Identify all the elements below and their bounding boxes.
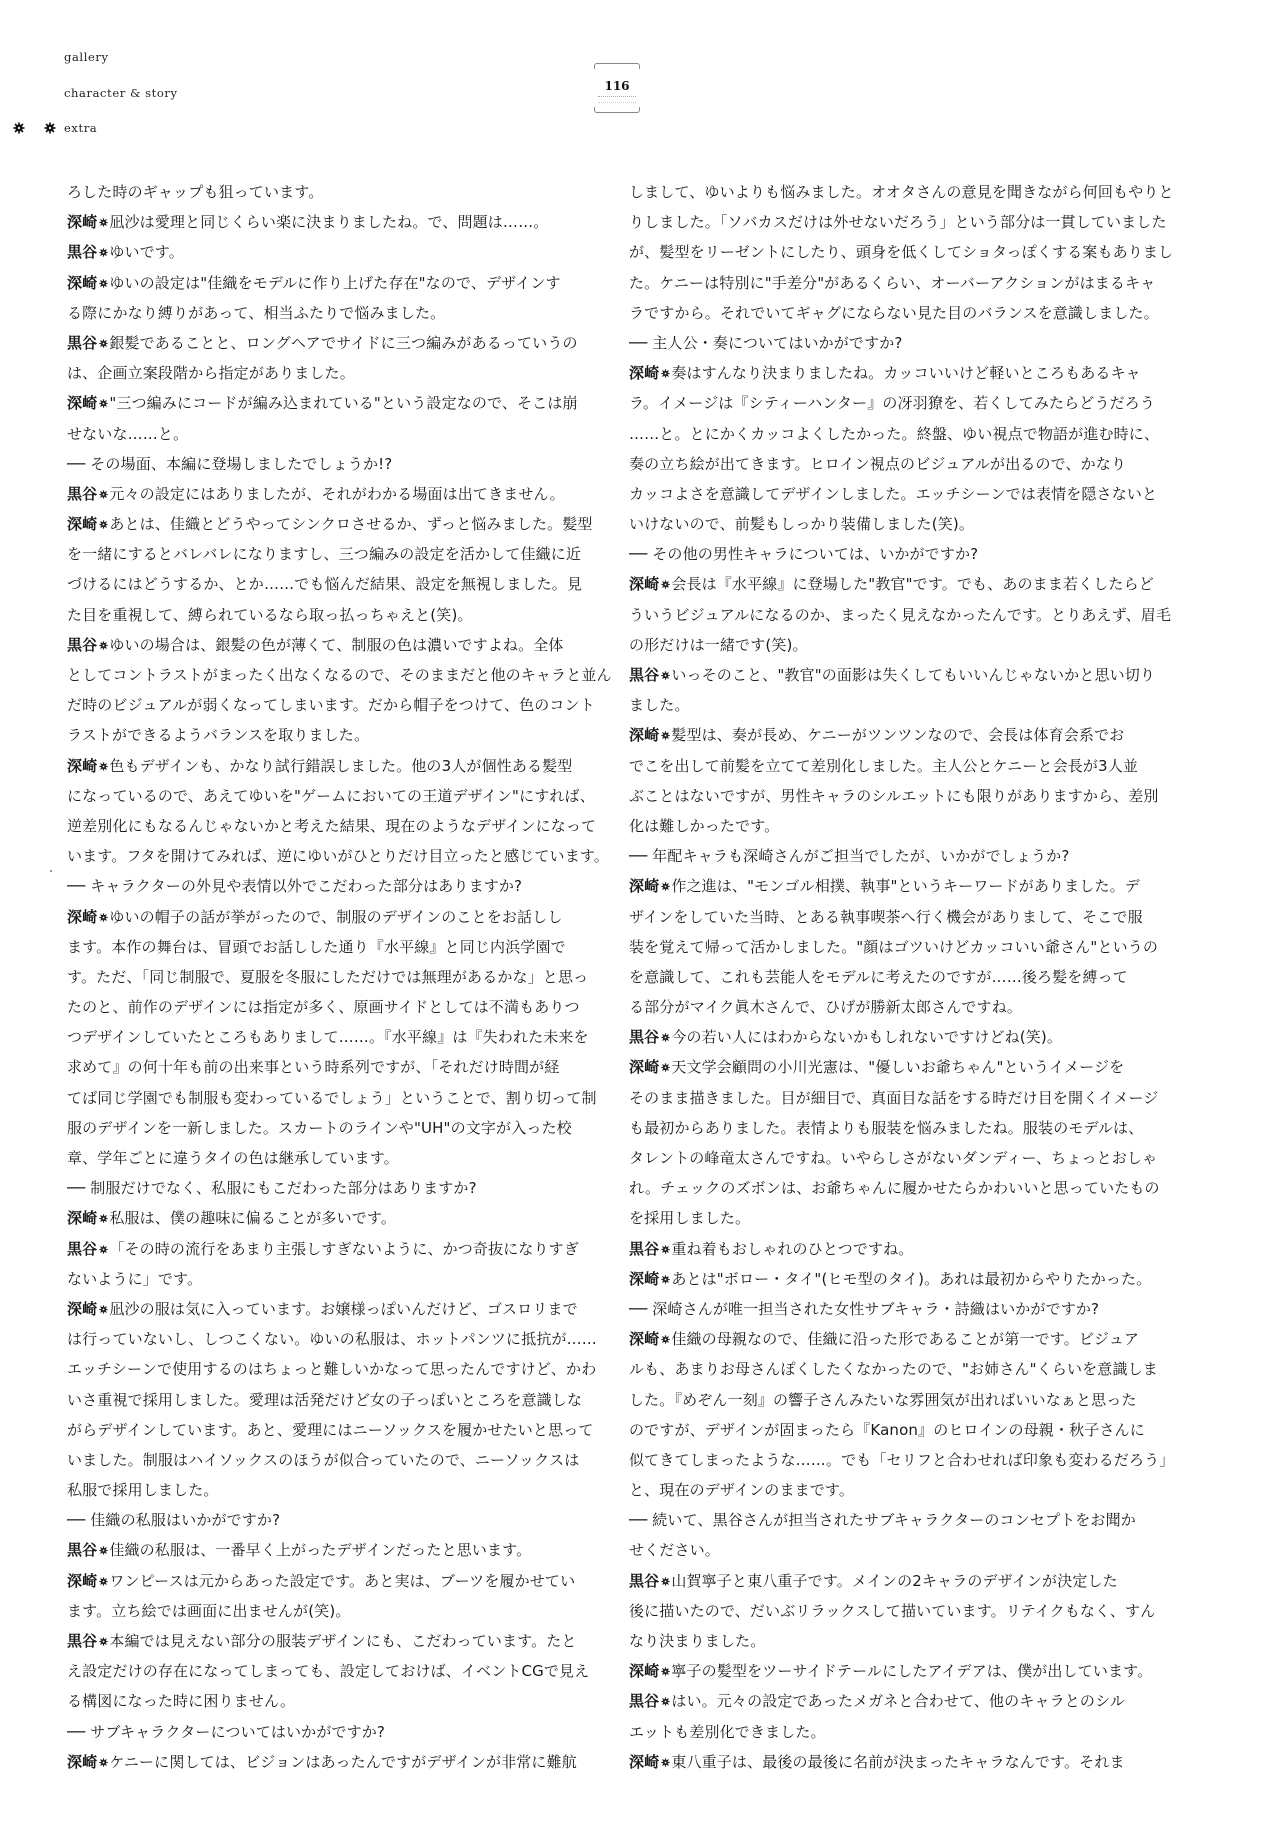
line-text: ゆいの設定は"佳織をモデルに作り上げた存在"なので、デザインす <box>109 274 560 292</box>
line-text: エッチシーンで使用するのはちょっと難しいかなって思ったんですけど、かわ <box>67 1360 596 1378</box>
line-text: のですが、デザインが固まったら『Kanon』のヒロインの母親・秋子さんに <box>629 1421 1145 1439</box>
line-text: 本編では見えない部分の服装デザインにも、こだわっています。たと <box>109 1632 576 1650</box>
line-text: ラ。イメージは『シティーハンター』の冴羽獠を、若くしてみたらどうだろう <box>629 394 1155 412</box>
line-text: 求めて』の何十年も前の出来事という時系列ですが、「それだけ時間が経 <box>67 1058 559 1076</box>
speaker-name: 黒谷 <box>67 1240 97 1258</box>
speaker-name: 深崎 <box>67 1572 97 1590</box>
text-line: 深崎凪沙の服は気に入っています。お嬢様っぽいんだけど、ゴスロリまで <box>67 1294 647 1324</box>
line-text: を採用しました。 <box>629 1209 750 1227</box>
text-line: は行っていないし、しつこくない。ゆいの私服は、ホットパンツに抵抗が…… <box>67 1324 647 1354</box>
line-text: ろした時のギャップも狙っています。 <box>67 183 323 201</box>
speaker-separator-icon <box>661 1697 670 1706</box>
text-line: としてコントラストがまったく出なくなるので、そのままだと他のキャラと並ん <box>67 660 647 690</box>
text-line: 黒谷「その時の流行をあまり主張しすぎないように、かつ奇抜になりすぎ <box>67 1234 647 1264</box>
speaker-name: 深崎 <box>629 1753 659 1771</box>
line-text: を意識して、これも芸能人をモデルに考えたのですが……後ろ髪を縛って <box>629 968 1128 986</box>
line-text: た目を重視して、縛られているなら取っ払っちゃえと(笑)。 <box>67 606 473 624</box>
text-line: エットも差別化できました。 <box>629 1717 1209 1747</box>
line-text: 佳織の私服は、一番早く上がったデザインだったと思います。 <box>109 1541 531 1559</box>
text-line: になっているので、あえてゆいを"ゲームにおいての王道デザイン"にすれば、 <box>67 781 647 811</box>
text-line: ラですから。それでいてギャグにならない見た目のバランスを意識しました。 <box>629 298 1209 328</box>
line-text: なり決まりました。 <box>629 1632 765 1650</box>
speaker-name: 黒谷 <box>629 666 659 684</box>
page-number-box: 116 <box>594 63 640 113</box>
line-text: ケニーに関しては、ビジョンはあったんですがデザインが非常に難航 <box>109 1753 577 1771</box>
line-text: としてコントラストがまったく出なくなるので、そのままだと他のキャラと並ん <box>67 666 612 684</box>
speaker-name: 黒谷 <box>67 485 97 503</box>
text-line: なり決まりました。 <box>629 1626 1209 1656</box>
line-text: いけないので、前髪もしっかり装備しました(笑)。 <box>629 515 974 533</box>
line-text: ── キャラクターの外見や表情以外でこだわった部分はありますか? <box>67 877 522 895</box>
line-text: の形だけは一緒です(笑)。 <box>629 636 808 654</box>
line-text: たのと、前作のデザインには指定が多く、原画サイドとしては不満もありつ <box>67 998 580 1016</box>
text-line: ── サブキャラクターについてはいかがですか? <box>67 1717 647 1747</box>
line-text: ういうビジュアルになるのか、まったく見えなかったんです。とりあえず、眉毛 <box>629 606 1171 624</box>
text-line: 深崎東八重子は、最後の最後に名前が決まったキャラなんです。それま <box>629 1747 1209 1777</box>
line-text: ないように」です。 <box>67 1270 202 1288</box>
speaker-name: 黒谷 <box>67 1632 97 1650</box>
text-line: 黒谷山賀寧子と東八重子です。メインの2キャラのデザインが決定した <box>629 1566 1209 1596</box>
text-line: を採用しました。 <box>629 1203 1209 1233</box>
line-text: 私服は、僕の趣味に偏ることが多いです。 <box>109 1209 396 1227</box>
text-line: 深崎"三つ編みにコードが編み込まれている"という設定なので、そこは崩 <box>67 388 647 418</box>
text-line: 章、学年ごとに違うタイの色は継承しています。 <box>67 1143 647 1173</box>
text-line: ザインをしていた当時、とある執事喫茶へ行く機会がありまして、そこで服 <box>629 902 1209 932</box>
speaker-separator-icon <box>99 913 108 922</box>
text-line: え設定だけの存在になってしまっても、設定しておけば、イベントCGで見え <box>67 1656 647 1686</box>
speaker-name: 深崎 <box>67 757 97 775</box>
speaker-separator-icon <box>99 1577 108 1586</box>
page-number: 116 <box>594 79 640 93</box>
text-line: ── その場面、本編に登場しましたでしょうか!? <box>67 449 647 479</box>
line-text: 章、学年ごとに違うタイの色は継承しています。 <box>67 1149 399 1167</box>
text-line: ます。本作の舞台は、冒頭でお話しした通り『水平線』と同じ内浜学園で <box>67 932 647 962</box>
text-line: した。『めぞん一刻』の響子さんみたいな雰囲気が出ればいいなぁと思った <box>629 1385 1209 1415</box>
speaker-name: 黒谷 <box>67 1541 97 1559</box>
line-text: え設定だけの存在になってしまっても、設定しておけば、イベントCGで見え <box>67 1662 589 1680</box>
text-line: 深崎天文学会顧問の小川光憲は、"優しいお爺ちゃん"というイメージを <box>629 1052 1209 1082</box>
line-text: も最初からありました。表情よりも服装を悩みましたね。服装のモデルは、 <box>629 1119 1143 1137</box>
line-text: そのまま描きました。目が細目で、真面目な話をする時だけ目を開くイメージ <box>629 1089 1159 1107</box>
gear-bullet-icon <box>13 122 25 134</box>
text-line: 装を覚えて帰って活かしました。"顔はゴツいけどカッコいい爺さん"というの <box>629 932 1209 962</box>
line-text: ── 制服だけでなく、私服にもこだわった部分はありますか? <box>67 1179 477 1197</box>
line-text: 今の若い人にはわからないかもしれないですけどね(笑)。 <box>671 1028 1062 1046</box>
text-line: ラ。イメージは『シティーハンター』の冴羽獠を、若くしてみたらどうだろう <box>629 388 1209 418</box>
line-text: ゆいの帽子の話が挙がったので、制服のデザインのことをお話しし <box>109 908 562 926</box>
text-line: す。ただ、「同じ制服で、夏服を冬服にしただけでは無理があるかな」と思っ <box>67 962 647 992</box>
speaker-separator-icon <box>661 731 670 740</box>
line-text: ラストができるようバランスを取りました。 <box>67 726 369 744</box>
line-text: せないな……と。 <box>67 425 188 443</box>
text-line: 黒谷ゆいの場合は、銀髪の色が薄くて、制服の色は濃いですよね。全体 <box>67 630 647 660</box>
line-text: す。ただ、「同じ制服で、夏服を冬服にしただけでは無理があるかな」と思っ <box>67 968 588 986</box>
speaker-separator-icon <box>661 1033 670 1042</box>
line-text: ── サブキャラクターについてはいかがですか? <box>67 1723 385 1741</box>
line-text: しまして、ゆいよりも悩みました。オオタさんの意見を聞きながら何回もやりと <box>629 183 1174 201</box>
line-text: 私服で採用しました。 <box>67 1481 219 1499</box>
line-text: した。『めぞん一刻』の響子さんみたいな雰囲気が出ればいいなぁと思った <box>629 1391 1137 1409</box>
text-line: と、現在のデザインのままです。 <box>629 1475 1209 1505</box>
speaker-name: 深崎 <box>629 575 659 593</box>
speaker-separator-icon <box>661 1063 670 1072</box>
speaker-separator-icon <box>99 490 108 499</box>
speaker-name: 深崎 <box>67 394 97 412</box>
speaker-name: 深崎 <box>629 726 659 744</box>
text-line: います。フタを開けてみれば、逆にゆいがひとりだけ目立ったと感じています。 <box>67 841 647 871</box>
line-text: 髪型は、奏が長め、ケニーがツンツンなので、会長は体育会系でお <box>671 726 1124 744</box>
line-text: 似てきてしまったような……。でも「セリフと合わせれば印象も変わるだろう」 <box>629 1451 1174 1469</box>
text-line: 深崎ゆいの設定は"佳織をモデルに作り上げた存在"なので、デザインす <box>67 268 647 298</box>
line-text: を一緒にするとバレバレになりますし、三つ編みの設定を活かして佳織に近 <box>67 545 581 563</box>
text-line: ── 制服だけでなく、私服にもこだわった部分はありますか? <box>67 1173 647 1203</box>
speaker-separator-icon <box>99 218 108 227</box>
speaker-separator-icon <box>99 1546 108 1555</box>
nav-item-character-story[interactable]: character & story <box>64 86 178 100</box>
text-line: 黒谷ゆいです。 <box>67 237 647 267</box>
speaker-name: 深崎 <box>629 877 659 895</box>
nav-item-gallery[interactable]: gallery <box>64 50 109 64</box>
text-line: を意識して、これも芸能人をモデルに考えたのですが……後ろ髪を縛って <box>629 962 1209 992</box>
speaker-separator-icon <box>99 399 108 408</box>
text-line: は、企画立案段階から指定がありました。 <box>67 358 647 388</box>
text-line: 逆差別化にもなるんじゃないかと考えた結果、現在のようなデザインになって <box>67 811 647 841</box>
line-text: 重ね着もおしゃれのひとつですね。 <box>671 1240 913 1258</box>
line-text: りしました。「ソバカスだけは外せないだろう」という部分は一貫していました <box>629 213 1167 231</box>
text-line: ── 佳織の私服はいかがですか? <box>67 1505 647 1535</box>
text-line: づけるにはどうするか、とか……でも悩んだ結果、設定を無視しました。見 <box>67 569 647 599</box>
speaker-name: 黒谷 <box>629 1692 659 1710</box>
line-text: 服のデザインを一新しました。スカートのラインや"UH"の文字が入った校 <box>67 1119 572 1137</box>
text-line: 深崎会長は『水平線』に登場した"教官"です。でも、あのまま若くしたらど <box>629 569 1209 599</box>
speaker-name: 深崎 <box>67 1753 97 1771</box>
line-text: カッコよさを意識してデザインしました。エッチシーンでは表情を隠さないと <box>629 485 1157 503</box>
text-line: てば同じ学園でも制服も変わっているでしょう」ということで、割り切って制 <box>67 1083 647 1113</box>
text-line: いさ重視で採用しました。愛理は活発だけど女の子っぽいところを意識しな <box>67 1385 647 1415</box>
text-line: 黒谷銀髪であることと、ロングヘアでサイドに三つ編みがあるっていうの <box>67 328 647 358</box>
text-line: 似てきてしまったような……。でも「セリフと合わせれば印象も変わるだろう」 <box>629 1445 1209 1475</box>
line-text: あとは"ボロー・タイ"(ヒモ型のタイ)。あれは最初からやりたかった。 <box>671 1270 1151 1288</box>
speaker-separator-icon <box>661 580 670 589</box>
text-line: も最初からありました。表情よりも服装を悩みましたね。服装のモデルは、 <box>629 1113 1209 1143</box>
text-line: 深崎寧子の髪型をツーサイドテールにしたアイデアは、僕が出しています。 <box>629 1656 1209 1686</box>
text-line: 黒谷今の若い人にはわからないかもしれないですけどね(笑)。 <box>629 1022 1209 1052</box>
line-text: ……と。とにかくカッコよくしたかった。終盤、ゆい視点で物語が進む時に、 <box>629 425 1159 443</box>
speaker-name: 深崎 <box>67 908 97 926</box>
line-text: てば同じ学園でも制服も変わっているでしょう」ということで、割り切って制 <box>67 1089 597 1107</box>
text-line: 深崎佳織の母親なので、佳織に沿った形であることが第一です。ビジュア <box>629 1324 1209 1354</box>
line-text: ルも、あまりお母さんぽくしたくなかったので、"お姉さん"くらいを意識しま <box>629 1360 1158 1378</box>
text-line: ── 深崎さんが唯一担当された女性サブキャラ・詩織はいかがですか? <box>629 1294 1209 1324</box>
line-text: せください。 <box>629 1541 720 1559</box>
text-line: 化は難しかったです。 <box>629 811 1209 841</box>
text-line: がらデザインしています。あと、愛理にはニーソックスを履かせたいと思って <box>67 1415 647 1445</box>
line-text: づけるにはどうするか、とか……でも悩んだ結果、設定を無視しました。見 <box>67 575 582 593</box>
speaker-separator-icon <box>661 1758 670 1767</box>
speaker-separator-icon <box>661 671 670 680</box>
line-text: 山賀寧子と東八重子です。メインの2キャラのデザインが決定した <box>671 1572 1118 1590</box>
speaker-separator-icon <box>661 882 670 891</box>
text-line: エッチシーンで使用するのはちょっと難しいかなって思ったんですけど、かわ <box>67 1354 647 1384</box>
text-line: しまして、ゆいよりも悩みました。オオタさんの意見を聞きながら何回もやりと <box>629 177 1209 207</box>
text-line: タレントの峰竜太さんですね。いやらしさがないダンディー、ちょっとおしゃ <box>629 1143 1209 1173</box>
text-line: 深崎ワンピースは元からあった設定です。あと実は、ブーツを履かせてい <box>67 1566 647 1596</box>
line-text: ぶことはないですが、男性キャラのシルエットにも限りがありますから、差別 <box>629 787 1159 805</box>
line-text: 色もデザインも、かなり試行錯誤しました。他の3人が個性ある髪型 <box>109 757 572 775</box>
text-line: ました。 <box>629 690 1209 720</box>
speaker-name: 深崎 <box>629 1058 659 1076</box>
speaker-separator-icon <box>99 1245 108 1254</box>
text-line: つデザインしていたところもありまして……。『水平線』は『失われた未来を <box>67 1022 647 1052</box>
speaker-separator-icon <box>661 1577 670 1586</box>
line-text: がらデザインしています。あと、愛理にはニーソックスを履かせたいと思って <box>67 1421 594 1439</box>
line-text: 会長は『水平線』に登場した"教官"です。でも、あのまま若くしたらど <box>671 575 1154 593</box>
line-text: はい。元々の設定であったメガネと合わせて、他のキャラとのシル <box>671 1692 1125 1710</box>
line-text: ── その他の男性キャラについては、いかがですか? <box>629 545 978 563</box>
speaker-name: 深崎 <box>67 1300 97 1318</box>
text-line: ないように」です。 <box>67 1264 647 1294</box>
line-text: た。ケニーは特別に"手差分"があるくらい、オーバーアクションがはまるキャ <box>629 274 1155 292</box>
line-text: でこを出して前髪を立てて差別化しました。主人公とケニーと会長が3人並 <box>629 757 1138 775</box>
speaker-name: 黒谷 <box>67 334 97 352</box>
line-text: いっそのこと、"教官"の面影は失くしてもいいんじゃないかと思い切り <box>671 666 1155 684</box>
text-line: いけないので、前髪もしっかり装備しました(笑)。 <box>629 509 1209 539</box>
text-line: そのまま描きました。目が細目で、真面目な話をする時だけ目を開くイメージ <box>629 1083 1209 1113</box>
text-line: 奏の立ち絵が出てきます。ヒロイン視点のビジュアルが出るので、かなり <box>629 449 1209 479</box>
line-text: る際にかなり縛りがあって、相当ふたりで悩みました。 <box>67 304 445 322</box>
scan-speck <box>50 870 52 872</box>
text-line: のですが、デザインが固まったら『Kanon』のヒロインの母親・秋子さんに <box>629 1415 1209 1445</box>
line-text: ます。立ち絵では画面に出ませんが(笑)。 <box>67 1602 351 1620</box>
line-text: と、現在のデザインのままです。 <box>629 1481 854 1499</box>
text-line: る部分がマイク眞木さんで、ひげが勝新太郎さんですね。 <box>629 992 1209 1022</box>
line-text: 後に描いたので、だいぶリラックスして描いています。リテイクもなく、すん <box>629 1602 1155 1620</box>
line-text: 逆差別化にもなるんじゃないかと考えた結果、現在のようなデザインになって <box>67 817 596 835</box>
text-line: 深崎あとは"ボロー・タイ"(ヒモ型のタイ)。あれは最初からやりたかった。 <box>629 1264 1209 1294</box>
text-line: 深崎あとは、佳織とどうやってシンクロさせるか、ずっと悩みました。髪型 <box>67 509 647 539</box>
line-text: 奏の立ち絵が出てきます。ヒロイン視点のビジュアルが出るので、かなり <box>629 455 1126 473</box>
speaker-separator-icon <box>661 369 670 378</box>
text-line: の形だけは一緒です(笑)。 <box>629 630 1209 660</box>
speaker-name: 深崎 <box>67 213 97 231</box>
line-text: "三つ編みにコードが編み込まれている"という設定なので、そこは崩 <box>109 394 577 412</box>
line-text: ── 佳織の私服はいかがですか? <box>67 1511 280 1529</box>
line-text: る部分がマイク眞木さんで、ひげが勝新太郎さんですね。 <box>629 998 1022 1016</box>
text-line: る際にかなり縛りがあって、相当ふたりで悩みました。 <box>67 298 647 328</box>
line-text: 作之進は、"モンゴル相撲、執事"というキーワードがありました。デ <box>671 877 1140 895</box>
text-line: が、髪型をリーゼントにしたり、頭身を低くしてショタっぽくする案もありまし <box>629 237 1209 267</box>
line-text: エットも差別化できました。 <box>629 1723 826 1741</box>
line-text: ゆいの場合は、銀髪の色が薄くて、制服の色は濃いですよね。全体 <box>109 636 563 654</box>
text-line: ── キャラクターの外見や表情以外でこだわった部分はありますか? <box>67 871 647 901</box>
text-line: 深崎髪型は、奏が長め、ケニーがツンツンなので、会長は体育会系でお <box>629 720 1209 750</box>
line-text: 佳織の母親なので、佳織に沿った形であることが第一です。ビジュア <box>671 1330 1139 1348</box>
line-text: ザインをしていた当時、とある執事喫茶へ行く機会がありまして、そこで服 <box>629 908 1143 926</box>
speaker-separator-icon <box>99 1214 108 1223</box>
line-text: いました。制服はハイソックスのほうが似合っていたので、ニーソックスは <box>67 1451 579 1469</box>
line-text: ── 主人公・奏についてはいかがですか? <box>629 334 903 352</box>
speaker-name: 深崎 <box>629 1662 659 1680</box>
speaker-name: 深崎 <box>67 1209 97 1227</box>
speaker-separator-icon <box>661 1245 670 1254</box>
speaker-name: 深崎 <box>629 1330 659 1348</box>
line-text: ── 深崎さんが唯一担当された女性サブキャラ・詩織はいかがですか? <box>629 1300 1099 1318</box>
text-line: た目を重視して、縛られているなら取っ払っちゃえと(笑)。 <box>67 600 647 630</box>
left-text-column: ろした時のギャップも狙っています。深崎凪沙は愛理と同じくらい楽に決まりましたね。… <box>67 177 647 1777</box>
line-text: いさ重視で採用しました。愛理は活発だけど女の子っぽいところを意識しな <box>67 1391 582 1409</box>
speaker-separator-icon <box>99 248 108 257</box>
speaker-separator-icon <box>99 1637 108 1646</box>
text-line: 黒谷本編では見えない部分の服装デザインにも、こだわっています。たと <box>67 1626 647 1656</box>
line-text: になっているので、あえてゆいを"ゲームにおいての王道デザイン"にすれば、 <box>67 787 595 805</box>
text-line: たのと、前作のデザインには指定が多く、原画サイドとしては不満もありつ <box>67 992 647 1022</box>
line-text: は行っていないし、しつこくない。ゆいの私服は、ホットパンツに抵抗が…… <box>67 1330 597 1348</box>
line-text: ワンピースは元からあった設定です。あと実は、ブーツを履かせてい <box>109 1572 575 1590</box>
text-line: 後に描いたので、だいぶリラックスして描いています。リテイクもなく、すん <box>629 1596 1209 1626</box>
line-text: 装を覚えて帰って活かしました。"顔はゴツいけどカッコいい爺さん"というの <box>629 938 1158 956</box>
line-text: る構図になった時に困りません。 <box>67 1692 295 1710</box>
line-text: ます。本作の舞台は、冒頭でお話しした通り『水平線』と同じ内浜学園で <box>67 938 566 956</box>
speaker-separator-icon <box>661 1667 670 1676</box>
line-text: ── その場面、本編に登場しましたでしょうか!? <box>67 455 392 473</box>
line-text: ゆいです。 <box>109 243 184 261</box>
text-line: 服のデザインを一新しました。スカートのラインや"UH"の文字が入った校 <box>67 1113 647 1143</box>
line-text: れ。チェックのズボンは、お爺ちゃんに履かせたらかわいいと思っていたもの <box>629 1179 1160 1197</box>
speaker-name: 深崎 <box>67 274 97 292</box>
line-text: います。フタを開けてみれば、逆にゆいがひとりだけ目立ったと感じています。 <box>67 847 609 865</box>
line-text: は、企画立案段階から指定がありました。 <box>67 364 355 382</box>
line-text: ました。 <box>629 696 690 714</box>
bracket-top <box>594 63 640 69</box>
text-line: カッコよさを意識してデザインしました。エッチシーンでは表情を隠さないと <box>629 479 1209 509</box>
text-line: 求めて』の何十年も前の出来事という時系列ですが、「それだけ時間が経 <box>67 1052 647 1082</box>
line-text: 化は難しかったです。 <box>629 817 779 835</box>
right-text-column: しまして、ゆいよりも悩みました。オオタさんの意見を聞きながら何回もやりとりしまし… <box>629 177 1209 1777</box>
line-text: 元々の設定にはありましたが、それがわかる場面は出てきません。 <box>109 485 564 503</box>
text-line: りしました。「ソバカスだけは外せないだろう」という部分は一貫していました <box>629 207 1209 237</box>
line-text: 奏はすんなり決まりましたね。カッコいいけど軽いところもあるキャ <box>671 364 1141 382</box>
line-text: 寧子の髪型をツーサイドテールにしたアイデアは、僕が出しています。 <box>671 1662 1152 1680</box>
text-line: 深崎色もデザインも、かなり試行錯誤しました。他の3人が個性ある髪型 <box>67 751 647 781</box>
speaker-name: 黒谷 <box>629 1028 659 1046</box>
line-text: あとは、佳織とどうやってシンクロさせるか、ずっと悩みました。髪型 <box>109 515 592 533</box>
text-line: 深崎凪沙は愛理と同じくらい楽に決まりましたね。で、問題は……。 <box>67 207 647 237</box>
text-line: 私服で採用しました。 <box>67 1475 647 1505</box>
text-line: 黒谷いっそのこと、"教官"の面影は失くしてもいいんじゃないかと思い切り <box>629 660 1209 690</box>
text-line: 黒谷重ね着もおしゃれのひとつですね。 <box>629 1234 1209 1264</box>
line-text: タレントの峰竜太さんですね。いやらしさがないダンディー、ちょっとおしゃ <box>629 1149 1157 1167</box>
gear-active-icon <box>44 122 56 134</box>
text-line: ── 続いて、黒谷さんが担当されたサブキャラクターのコンセプトをお聞か <box>629 1505 1209 1535</box>
text-line: ── 年配キャラも深崎さんがご担当でしたが、いかがでしょうか? <box>629 841 1209 871</box>
text-line: ういうビジュアルになるのか、まったく見えなかったんです。とりあえず、眉毛 <box>629 600 1209 630</box>
text-line: ぶことはないですが、男性キャラのシルエットにも限りがありますから、差別 <box>629 781 1209 811</box>
line-text: ラですから。それでいてギャグにならない見た目のバランスを意識しました。 <box>629 304 1159 322</box>
speaker-separator-icon <box>99 520 108 529</box>
line-text: が、髪型をリーゼントにしたり、頭身を低くしてショタっぽくする案もありまし <box>629 243 1173 261</box>
speaker-separator-icon <box>99 339 108 348</box>
text-line: ── その他の男性キャラについては、いかがですか? <box>629 539 1209 569</box>
line-text: 銀髪であることと、ロングヘアでサイドに三つ編みがあるっていうの <box>109 334 577 352</box>
text-line: 黒谷元々の設定にはありましたが、それがわかる場面は出てきません。 <box>67 479 647 509</box>
text-line: 深崎ケニーに関しては、ビジョンはあったんですがデザインが非常に難航 <box>67 1747 647 1777</box>
line-text: 東八重子は、最後の最後に名前が決まったキャラなんです。それま <box>671 1753 1124 1771</box>
text-line: 深崎私服は、僕の趣味に偏ることが多いです。 <box>67 1203 647 1233</box>
text-line: れ。チェックのズボンは、お爺ちゃんに履かせたらかわいいと思っていたもの <box>629 1173 1209 1203</box>
speaker-name: 黒谷 <box>67 636 97 654</box>
text-line: ルも、あまりお母さんぽくしたくなかったので、"お姉さん"くらいを意識しま <box>629 1354 1209 1384</box>
text-line: だ時のビジュアルが弱くなってしまいます。だから帽子をつけて、色のコント <box>67 690 647 720</box>
page-number-subtitle <box>598 96 636 103</box>
speaker-separator-icon <box>99 762 108 771</box>
text-line: 深崎奏はすんなり決まりましたね。カッコいいけど軽いところもあるキャ <box>629 358 1209 388</box>
speaker-separator-icon <box>661 1275 670 1284</box>
line-text: ── 年配キャラも深崎さんがご担当でしたが、いかがでしょうか? <box>629 847 1069 865</box>
speaker-separator-icon <box>99 641 108 650</box>
line-text: 「その時の流行をあまり主張しすぎないように、かつ奇抜になりすぎ <box>109 1240 579 1258</box>
speaker-separator-icon <box>99 279 108 288</box>
speaker-name: 黒谷 <box>67 243 97 261</box>
nav-item-extra[interactable]: extra <box>64 121 97 135</box>
text-line: 黒谷佳織の私服は、一番早く上がったデザインだったと思います。 <box>67 1535 647 1565</box>
text-line: ます。立ち絵では画面に出ませんが(笑)。 <box>67 1596 647 1626</box>
speaker-separator-icon <box>99 1758 108 1767</box>
text-line: いました。制服はハイソックスのほうが似合っていたので、ニーソックスは <box>67 1445 647 1475</box>
text-line: を一緒にするとバレバレになりますし、三つ編みの設定を活かして佳織に近 <box>67 539 647 569</box>
text-line: ラストができるようバランスを取りました。 <box>67 720 647 750</box>
text-line: た。ケニーは特別に"手差分"があるくらい、オーバーアクションがはまるキャ <box>629 268 1209 298</box>
speaker-name: 深崎 <box>67 515 97 533</box>
text-line: 深崎ゆいの帽子の話が挙がったので、制服のデザインのことをお話しし <box>67 902 647 932</box>
speaker-name: 深崎 <box>629 364 659 382</box>
speaker-name: 深崎 <box>629 1270 659 1288</box>
text-line: ろした時のギャップも狙っています。 <box>67 177 647 207</box>
line-text: だ時のビジュアルが弱くなってしまいます。だから帽子をつけて、色のコント <box>67 696 595 714</box>
speaker-name: 黒谷 <box>629 1240 659 1258</box>
speaker-separator-icon <box>99 1305 108 1314</box>
text-line: ……と。とにかくカッコよくしたかった。終盤、ゆい視点で物語が進む時に、 <box>629 419 1209 449</box>
text-line: 黒谷はい。元々の設定であったメガネと合わせて、他のキャラとのシル <box>629 1686 1209 1716</box>
text-line: 深崎作之進は、"モンゴル相撲、執事"というキーワードがありました。デ <box>629 871 1209 901</box>
line-text: つデザインしていたところもありまして……。『水平線』は『失われた未来を <box>67 1028 589 1046</box>
line-text: ── 続いて、黒谷さんが担当されたサブキャラクターのコンセプトをお聞か <box>629 1511 1136 1529</box>
text-line: せないな……と。 <box>67 419 647 449</box>
line-text: 凪沙の服は気に入っています。お嬢様っぽいんだけど、ゴスロリまで <box>109 1300 577 1318</box>
text-line: ── 主人公・奏についてはいかがですか? <box>629 328 1209 358</box>
text-line: る構図になった時に困りません。 <box>67 1686 647 1716</box>
bracket-bottom <box>594 107 640 113</box>
text-line: せください。 <box>629 1535 1209 1565</box>
speaker-separator-icon <box>661 1335 670 1344</box>
text-line: でこを出して前髪を立てて差別化しました。主人公とケニーと会長が3人並 <box>629 751 1209 781</box>
line-text: 凪沙は愛理と同じくらい楽に決まりましたね。で、問題は……。 <box>109 213 548 231</box>
line-text: 天文学会顧問の小川光憲は、"優しいお爺ちゃん"というイメージを <box>671 1058 1124 1076</box>
speaker-name: 黒谷 <box>629 1572 659 1590</box>
